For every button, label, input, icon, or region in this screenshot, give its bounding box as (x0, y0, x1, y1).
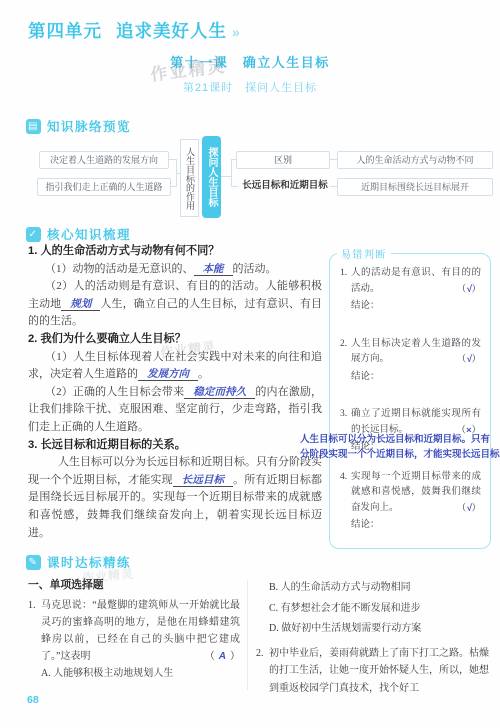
textbook-page: 第四单元追求美好人生» 第十一课 确立人生目标 第21课时 探问人生目标 作业精… (0, 0, 500, 728)
core-q2-para2: （2）正确的人生目标会带来稳定而持久的内在激励，让我们排除干扰、克服困难、坚定前… (28, 384, 322, 437)
core-q3-para1: 人生目标可以分为长远目标和近期目标。只有分阶段实现一个个近期目标，才能实现长远目… (28, 454, 322, 542)
question-text: 初中毕业后，姜雨荷就踏上了南下打工之路。枯燥的打工生活，让她一度开始怀疑人生，所… (269, 645, 489, 698)
item-number: 4. (340, 470, 351, 518)
option-c: C. 有梦想社会才能不断发展和进步 (269, 599, 489, 620)
judgment-items: 1. 人的活动是有意识、有目的的活动。（√） 结论： 2. 人生目标决定着人生道… (340, 266, 481, 538)
connector-line (176, 173, 180, 174)
paren: （ (457, 504, 467, 514)
answer-bracket: （A） (205, 648, 240, 665)
printed-answer-overlay: 人生目标可以分为长远目标和近期目标。只有 分阶段实现一个个近期目标，才能实现长远… (300, 432, 500, 462)
connector-line (169, 159, 176, 160)
connector-line (231, 159, 232, 187)
fill-in-blank: 长远目标 (173, 474, 234, 487)
judgment-answer: （√） (457, 352, 481, 369)
question-body: 马克思说：“最蹩脚的建筑师从一开始就比最灵巧的蜜蜂高明的地方，是他在用蜂蜡建筑蜂… (41, 597, 240, 682)
unit-name: 追求美好人生 (116, 21, 227, 41)
text-segment: 。 (198, 368, 209, 380)
question-number: 1. (28, 597, 41, 682)
judgment-answer: （√） (457, 501, 481, 518)
conclusion-label: 结论： (351, 370, 481, 386)
section-title: 课时达标精练 (47, 553, 131, 571)
map-node-goals-detail: 近期目标围绕长远目标展开 (337, 178, 493, 196)
option-d: D. 做好初中生活规划需要行动方案 (269, 619, 489, 640)
section-header-knowledge-map: ▤ 知识脉络预览 (26, 117, 131, 135)
answer-line-2: 分阶段实现一个个近期目标，才能实现长远目标。 (300, 447, 500, 462)
section-title: 核心知识梳理 (47, 225, 131, 243)
text-segment: （2）正确的人生目标会带来 (45, 386, 184, 398)
error-prone-judgment-panel: 易错判断 1. 人的活动是有意识、有目的的活动。（√） 结论： 2. 人生目标决… (329, 253, 491, 549)
section-title: 知识脉络预览 (47, 117, 131, 135)
core-q2-para1: （1）人生目标体现着人在社会实践中对未来的向往和追求，决定着人生道路的发展方向。 (28, 349, 322, 384)
core-q1-para2: （2）人的活动则是有意识、有目的的活动。人能够积极主动地规划人生，确立自己的人生… (28, 278, 322, 331)
grid-icon: ▤ (26, 119, 41, 134)
judgment-panel-title: 易错判断 (337, 246, 391, 261)
fill-in-blank: 发展方向 (138, 368, 198, 381)
paren: （ (457, 355, 467, 365)
text-segment: （1）动物的活动是无意识的、 (45, 263, 194, 275)
map-node-difference: 区别 (236, 151, 330, 169)
section-header-core-knowledge: ✓ 核心知识梳理 (26, 225, 131, 243)
unit-title: 第四单元追求美好人生» (28, 18, 241, 43)
item-text: 人生目标决定着人生道路的发展方向。（√） (351, 337, 481, 369)
answer-letter: A (215, 651, 230, 662)
question-number: 2. (256, 645, 269, 698)
paren: ） (471, 355, 481, 365)
item-text: 人的活动是有意识、有目的的活动。（√） (351, 266, 481, 298)
judgment-item-4: 4. 实现每一个近期目标带来的成就感和喜悦感，鼓舞我们继续奋发向上。（√） (340, 470, 481, 518)
conclusion-label: 结论： (351, 518, 481, 534)
connector-line (231, 159, 236, 160)
map-center-node: 探问人生目标 (202, 136, 221, 218)
map-node-goals: 长远目标和近期目标 (238, 178, 332, 194)
conclusion-label: 结论： (351, 299, 481, 315)
judgment-answer: （√） (457, 282, 481, 299)
question-1: 1. 马克思说：“最蹩脚的建筑师从一开始就比最灵巧的蜜蜂高明的地方，是他在用蜂蜡… (28, 597, 240, 682)
core-q3-heading: 3. 长远目标和近期目标的关系。 (28, 437, 322, 455)
item-number: 2. (340, 337, 351, 369)
core-q1-heading: 1. 人的生命活动方式与动物有何不同？ (28, 243, 322, 261)
unit-label: 第四单元 (28, 21, 102, 41)
page-number: 68 (27, 694, 39, 706)
text-segment: 的活动。 (233, 263, 277, 275)
map-node-left-1: 决定着人生道路的发展方向 (39, 151, 169, 169)
fill-in-blank: 规划 (61, 298, 100, 311)
question-type-label: 一、单项选择题 (28, 577, 240, 594)
fill-in-blank: 稳定而持久 (184, 386, 255, 399)
paren: ） (471, 285, 481, 295)
paren: ） (471, 504, 481, 514)
checkbox-icon: ✓ (26, 227, 41, 242)
map-node-difference-detail: 人的生命活动方式与动物不同 (337, 151, 493, 169)
option-b: B. 人的生命活动方式与动物相同 (269, 578, 489, 599)
fill-in-blank: 本能 (194, 263, 233, 276)
lesson-title: 第十一课 确立人生目标 (0, 52, 500, 71)
core-q1-para1: （1）动物的活动是无意识的、本能的活动。 (28, 261, 322, 279)
item-text: 实现每一个近期目标带来的成就感和喜悦感，鼓舞我们继续奋发向上。（√） (351, 470, 481, 518)
paren: （ (205, 651, 215, 662)
connector-line (330, 159, 337, 160)
connector-line (221, 176, 231, 177)
option-a: A. 人能够积极主动地规划人生 (41, 665, 240, 682)
column-divider (247, 580, 248, 690)
paren: ） (230, 651, 240, 662)
connector-line (231, 186, 238, 187)
judgment-item-1: 1. 人的活动是有意识、有目的的活动。（√） (340, 266, 481, 298)
knowledge-map-diagram: 决定着人生道路的发展方向 指引我们走上正确的人生道路 人生目标的作用 探问人生目… (0, 135, 500, 225)
map-branch-role: 人生目标的作用 (180, 139, 199, 217)
question-2: 2. 初中毕业后，姜雨荷就踏上了南下打工之路。枯燥的打工生活，让她一度开始怀疑人… (256, 645, 489, 698)
pencil-icon: ✎ (26, 555, 41, 570)
core-q2-heading: 2. 我们为什么要确立人生目标？ (28, 331, 322, 349)
period-title: 第21课时 探问人生目标 (0, 79, 500, 95)
practice-right-column: B. 人的生命活动方式与动物相同 C. 有梦想社会才能不断发展和进步 D. 做好… (256, 578, 489, 697)
item-number: 1. (340, 266, 351, 298)
judgment-item-2: 2. 人生目标决定着人生道路的发展方向。（√） (340, 337, 481, 369)
core-knowledge-text: 1. 人的生命活动方式与动物有何不同？ （1）动物的活动是无意识的、本能的活动。… (28, 243, 322, 542)
section-header-practice: ✎ 课时达标精练 (26, 553, 131, 571)
paren: （ (457, 285, 467, 295)
answer-line-1: 人生目标可以分为长远目标和近期目标。只有 (300, 432, 500, 447)
map-node-left-2: 指引我们走上正确的人生道路 (37, 178, 171, 196)
connector-line (330, 186, 337, 187)
chevron-right-icon: » (232, 24, 241, 40)
practice-left-column: 一、单项选择题 1. 马克思说：“最蹩脚的建筑师从一开始就比最灵巧的蜜蜂高明的地… (28, 577, 240, 682)
